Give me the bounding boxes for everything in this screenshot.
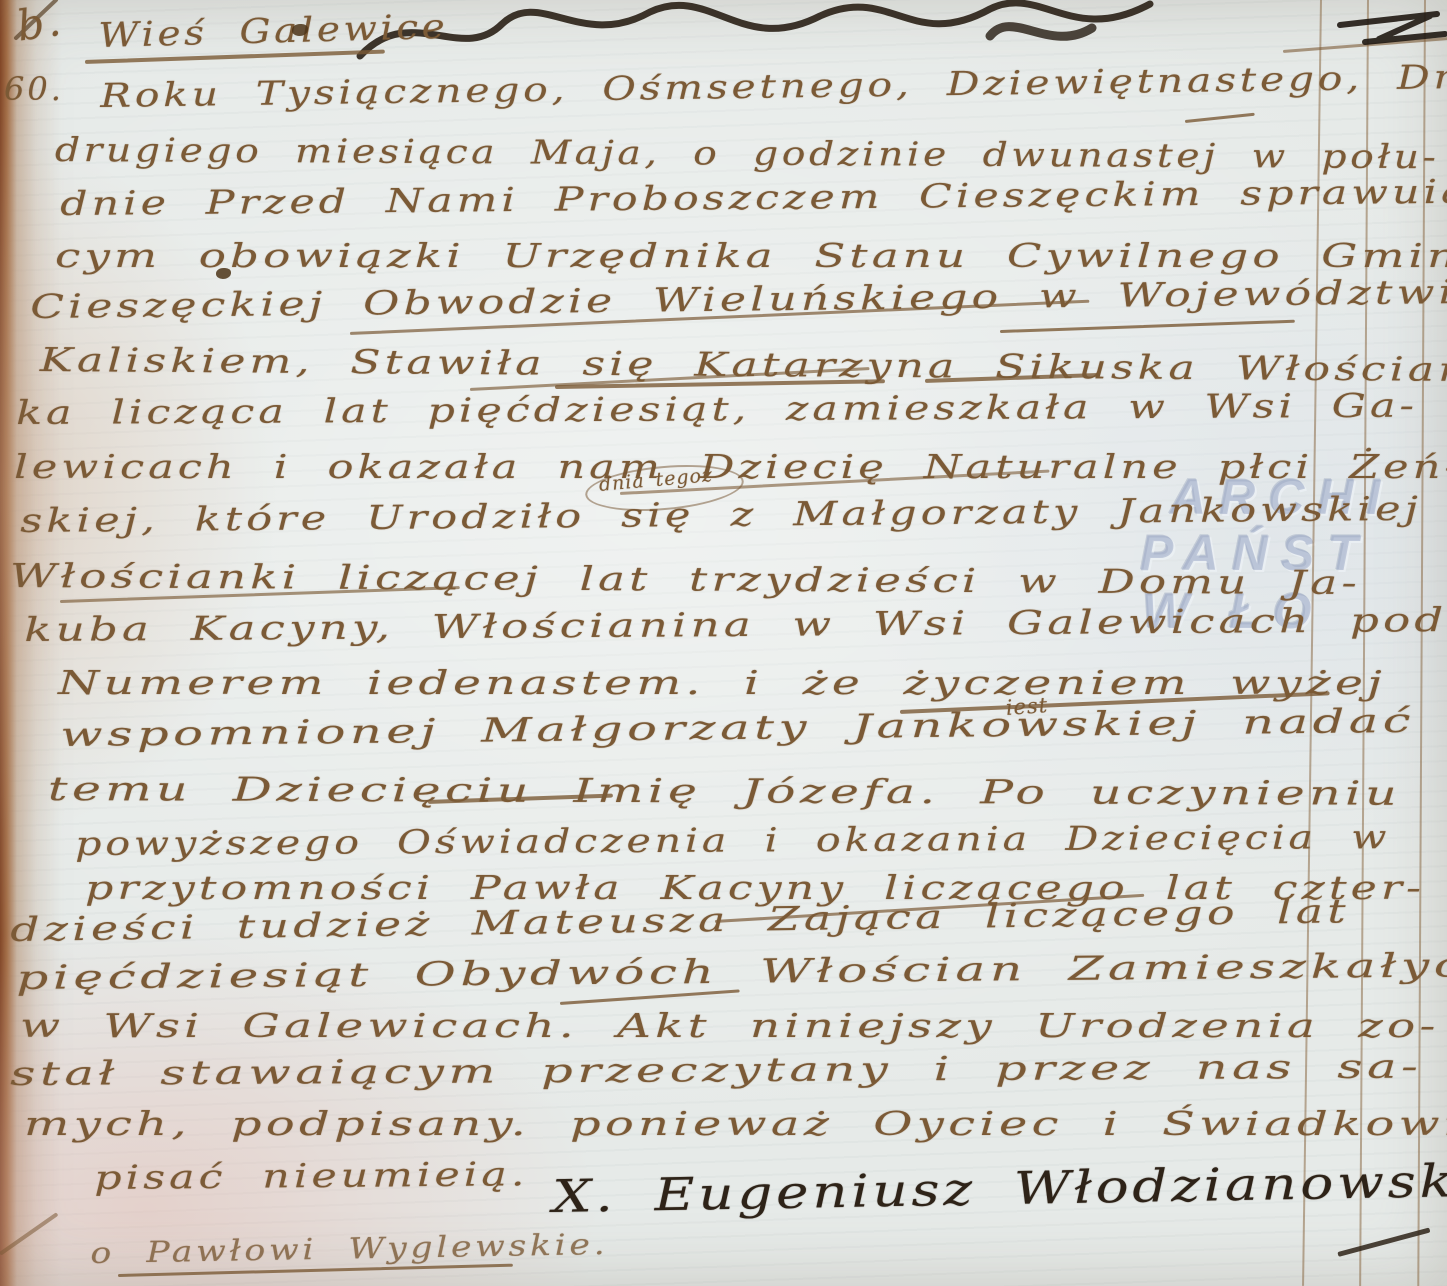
- pen-flourish-stroke: [0, 1212, 58, 1255]
- margin-mark: b.: [14, 0, 67, 51]
- record-line: temu Dziecięciu Imię Józefa. Po uczynien…: [48, 769, 1401, 813]
- entry-number: 60.: [4, 70, 64, 108]
- document-scan: ARCHI PAŃST W ŁO b. 60. Wieś Galewice Ro…: [0, 0, 1447, 1286]
- record-line: mych, podpisany. ponieważ Oyciec i Świad…: [24, 1104, 1447, 1143]
- record-line: drugiego miesiąca Maja, o godzinie dwuna…: [55, 130, 1440, 176]
- record-line: dnie Przed Nami Proboszczem Cieszęckim s…: [60, 172, 1447, 223]
- underline-stroke: [1000, 320, 1295, 333]
- underline-stroke: [1185, 113, 1255, 123]
- record-line: kuba Kacyny, Włościanina w Wsi Galewicac…: [24, 600, 1447, 649]
- record-line: stał stawaiącym przeczytany i przez nas …: [10, 1047, 1422, 1093]
- record-line: Numerem iedenastem. i że życzeniem wyżej: [58, 663, 1386, 702]
- record-line: pisać nieumieią.: [94, 1154, 528, 1197]
- record-line: wspomnionej Małgorzaty Jankowskiej nadać: [60, 701, 1415, 754]
- record-line: w Wsi Galewicach. Akt niniejszy Urodzeni…: [20, 1006, 1440, 1045]
- record-line: cym obowiązki Urzędnika Stanu Cywilnego …: [55, 236, 1447, 275]
- record-line: ka licząca lat pięćdziesiąt, zamieszkała…: [16, 386, 1418, 432]
- record-line: powyższego Oświadczenia i okazania Dziec…: [75, 817, 1390, 863]
- previous-entry-ink-flourish: [1335, 5, 1447, 53]
- signature: X. Eugeniusz Włodzianowski UCC: [552, 1151, 1447, 1223]
- ink-blot: [216, 268, 231, 279]
- footer-note: o Pawłowi Wyglewskie.: [90, 1227, 609, 1270]
